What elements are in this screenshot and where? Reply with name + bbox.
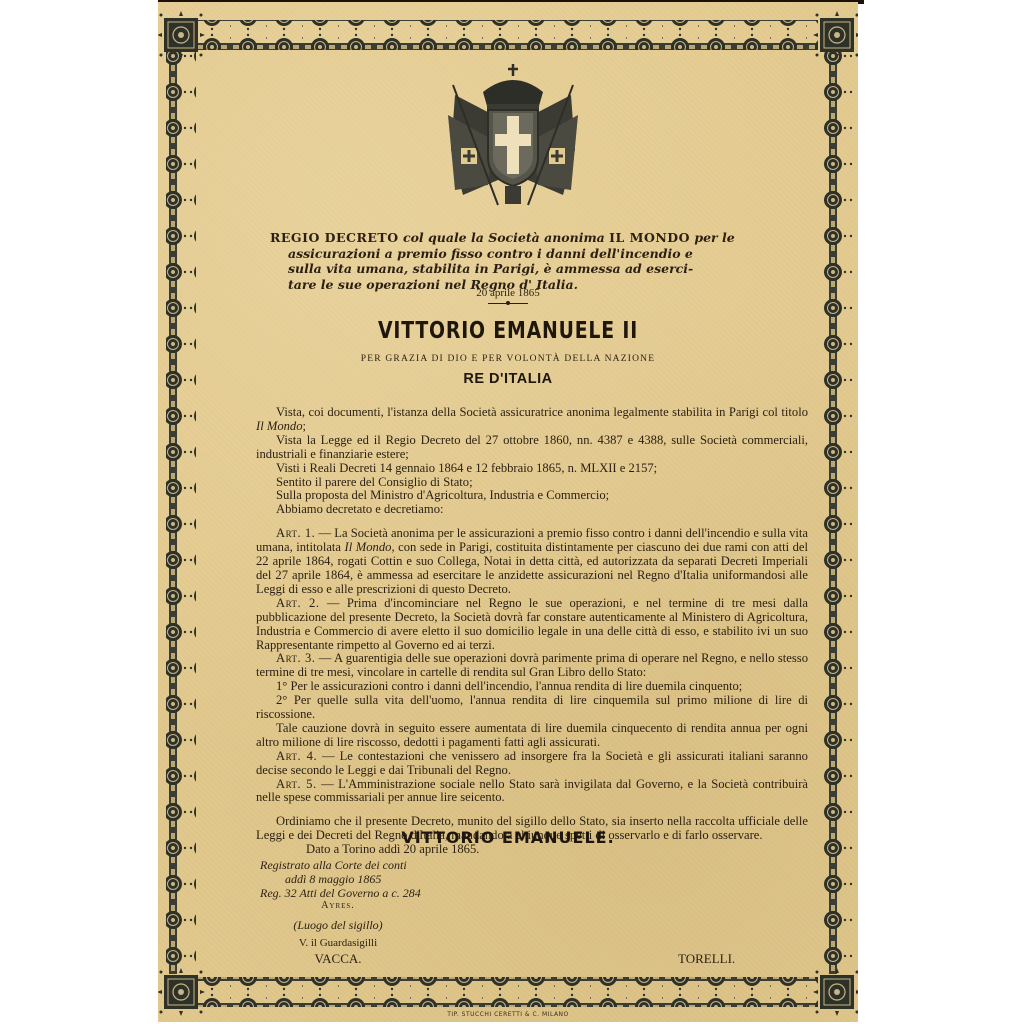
article-1: Art. 1. — La Società anonima per le assi… [256,527,808,597]
heading-part1: col quale la Società anonima [399,230,610,245]
grazia-line: PER GRAZIA DI DIO E PER VOLONTÀ DELLA NA… [158,354,858,364]
decree-heading: REGIO DECRETO col quale la Società anoni… [270,230,800,292]
article-5: Art. 5. — L'Amministrazione sociale nell… [256,778,808,806]
re-ditalia: RE D'ITALIA [158,371,858,387]
heading-line3: sulla vita umana, stabilita in Parigi, è… [270,261,800,277]
king-title: VITTORIO EMANUELE II [221,318,795,344]
article-3-item-2: 2° Per quelle sulla vita dell'uomo, l'an… [256,694,808,722]
heading-company: IL MONDO [609,230,690,245]
guardasigilli-label: V. il Guardasigilli [258,937,418,949]
seal-place: (Luogo del sigillo) [258,918,418,933]
registration-note: Registrato alla Corte dei conti addì 8 m… [260,858,421,900]
article-4: Art. 4. — Le contestazioni che venissero… [256,750,808,778]
preamble-6: Abbiamo decretato e decretiamo: [256,503,808,517]
article-3-item-1: 1° Per le assicurazioni contro i danni d… [256,680,808,694]
article-3: Art. 3. — A guarentigia delle sue operaz… [256,652,808,680]
preamble-3: Visti i Reali Decreti 14 gennaio 1864 e … [256,462,808,476]
savoy-coat-of-arms-icon [443,60,583,210]
preamble-5: Sulla proposta del Ministro d'Agricoltur… [256,489,808,503]
decree-body: Vista, coi documenti, l'istanza della So… [256,406,808,857]
registration-line-1: Registrato alla Corte dei conti [260,858,421,872]
torelli-signature: TORELLI. [678,951,735,967]
article-2: Art. 2. — Prima d'incominciare nel Regno… [256,597,808,653]
printer-imprint: TIP. STUCCHI CERETTI & C. MILANO [158,1011,858,1018]
decree-sheet: REGIO DECRETO col quale la Società anoni… [158,2,858,1022]
preamble-1: Vista, coi documenti, l'istanza della So… [256,406,808,434]
vacca-signature: VACCA. [258,951,418,967]
heading-lead: REGIO DECRETO [270,230,399,245]
rule-dot-icon [506,301,510,305]
preamble-2: Vista la Legge ed il Regio Decreto del 2… [256,434,808,462]
registration-line-2: addì 8 maggio 1865 [260,872,421,886]
ayres-signature: Ayres. [258,900,418,911]
article-3-note: Tale cauzione dovrà in seguito essere au… [256,722,808,750]
heading-line2: assicurazioni a premio fisso contro i da… [270,246,800,262]
registration-line-3: Reg. 32 Atti del Governo a c. 284 [260,886,421,900]
heading-part2: per le [690,230,735,245]
decree-date: 20 aprile 1865 [158,287,858,299]
preamble-4: Sentito il parere del Consiglio di Stato… [256,476,808,490]
king-signature: VITTORIO EMANUELE. [158,828,858,847]
